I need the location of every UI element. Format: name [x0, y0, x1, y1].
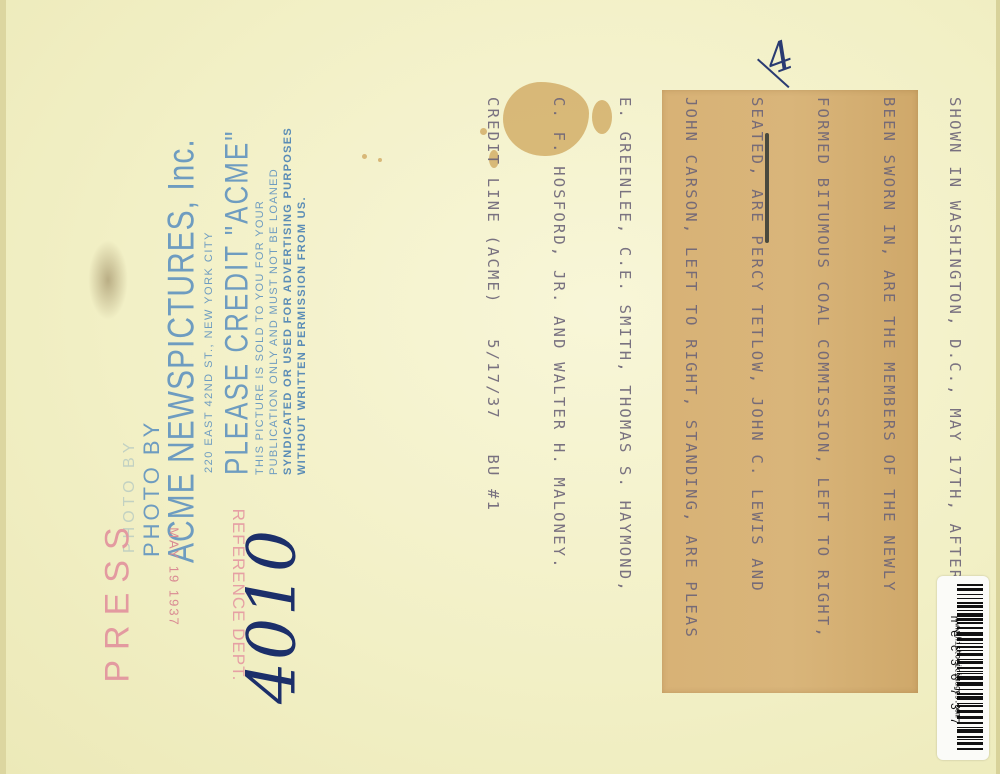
- card-left-edge: [0, 0, 6, 774]
- barcode-bar: [957, 598, 983, 599]
- barcode-bar: [957, 588, 983, 591]
- credit-line: PLEASE CREDIT "ACME": [215, 130, 258, 564]
- barcode-bar: [957, 742, 983, 745]
- caption-line: JOHN CARSON, LEFT TO RIGHT, STANDING, AR…: [680, 97, 702, 687]
- barcode-bar: [957, 739, 983, 740]
- stain-speck: [378, 158, 382, 162]
- caption-clipping: N 294335 BITUMOUS COAL COMMISSION SHOWN …: [662, 90, 918, 693]
- barcode-bar: [957, 594, 983, 595]
- acme-stamp: PHOTO BY PHOTO BY ACME NEWSPICTURES, Inc…: [121, 127, 309, 563]
- handwritten-number: 4010: [234, 528, 311, 704]
- barcode-bar: [957, 602, 983, 604]
- terms-line: SYNDICATED OR USED FOR ADVERTISING PURPO…: [281, 127, 295, 563]
- received-date-stamp: MAY 19 1937: [167, 527, 182, 627]
- stain-speck: [362, 154, 367, 159]
- press-stamp: PRESS: [99, 517, 138, 682]
- barcode-bar: [957, 605, 983, 608]
- barcode-bar: [957, 748, 983, 750]
- barcode-label: nec36737 www.historicimages.com: [937, 576, 989, 760]
- caption-text: N 294335 BITUMOUS COAL COMMISSION SHOWN …: [438, 97, 1000, 687]
- photo-back-card: PHOTO BY PHOTO BY ACME NEWSPICTURES, Inc…: [0, 0, 1000, 774]
- terms-line: WITHOUT WRITTEN PERMISSION FROM US.: [295, 127, 309, 563]
- barcode-bar: [957, 584, 983, 586]
- photo-by-ghost-text: PHOTO BY: [121, 127, 139, 563]
- caption-line: FORMED BITUMOUS COAL COMMISSION, LEFT TO…: [812, 97, 834, 687]
- barcode-bar: [957, 610, 983, 611]
- company-name: ACME NEWSPICTURES, Inc.: [161, 138, 204, 563]
- handwritten-corner-mark: 4: [760, 32, 800, 84]
- barcode-url: www.historicimages.com: [954, 618, 963, 717]
- caption-line: E. GREENLEE, C.E. SMITH, THOMAS S. HAYMO…: [614, 97, 636, 687]
- terms-line: PUBLICATION ONLY AND MUST NOT BE LOANED: [267, 127, 281, 563]
- staple: [765, 133, 769, 243]
- barcode-bar: [957, 736, 983, 738]
- caption-line: BEEN SWORN IN, ARE THE MEMBERS OF THE NE…: [878, 97, 900, 687]
- caption-line: CREDIT LINE (ACME) 5/17/37 BU #1: [482, 97, 504, 687]
- caption-line: C. F. HOSFORD, JR. AND WALTER H. MALONEY…: [548, 97, 570, 687]
